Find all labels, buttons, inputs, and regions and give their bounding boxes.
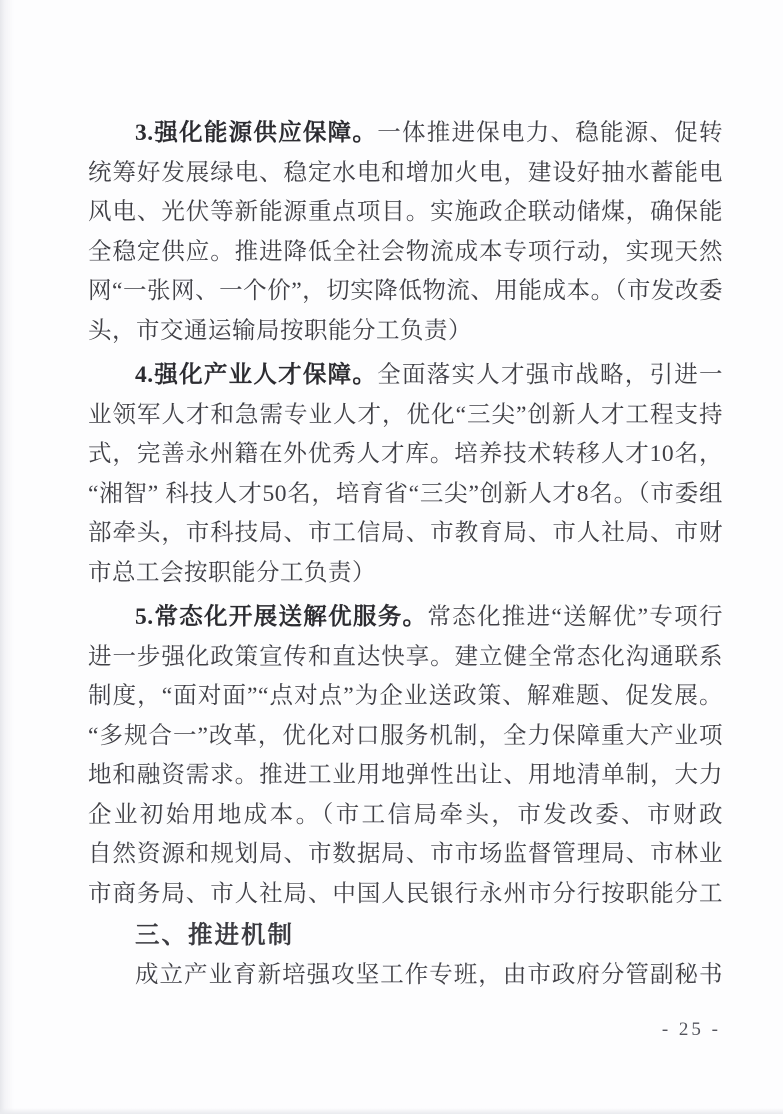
text-line: 部牵头，市科技局、市工信局、市教育局、市人社局、市财政局、	[88, 514, 723, 554]
text-line: 进一步强化政策宣传和直达快享。建立健全常态化沟通联系企业	[88, 638, 723, 678]
scan-edge-left	[0, 0, 14, 1114]
text-line: 5.常态化开展送解优服务。常态化推进“送解优”专项行动，	[88, 598, 723, 638]
paragraph-item-3: 3.强化能源供应保障。一体推进保电力、稳能源、促转型， 统筹好发展绿电、稳定水电…	[88, 114, 723, 351]
page-number: - 25 -	[662, 1019, 721, 1041]
paragraph-item-5: 5.常态化开展送解优服务。常态化推进“送解优”专项行动， 进一步强化政策宣传和直…	[88, 598, 723, 914]
text-line: 地和融资需求。推进工业用地弹性出让、用地清单制，大力降低	[88, 756, 723, 796]
text-line: 成立产业育新培强攻坚工作专班，由市政府分管副秘书长任	[88, 956, 723, 996]
text-line: “湘智” 科技人才50名，培育省“三尖”创新人才8名。（市委组织	[88, 475, 723, 515]
paragraph-lead-bold: 4.强化产业人才保障。	[135, 362, 377, 388]
text-line: 市商务局、市人社局、中国人民银行永州市分行按职能分工负责）	[88, 875, 723, 915]
text-line: 统筹好发展绿电、稳定水电和增加火电，建设好抽水蓄能电站、	[88, 154, 723, 194]
text-line: 网“一张网、一个价”，切实降低物流、用能成本。（市发改委牵	[88, 272, 723, 312]
text-line: 式，完善永州籍在外优秀人才库。培养技术转移人才10名，引进	[88, 435, 723, 475]
text-line: 业领军人才和急需专业人才，优化“三尖”创新人才工程支持方	[88, 396, 723, 436]
text-line: 市总工会按职能分工负责）	[88, 554, 723, 594]
paragraph-mechanism-intro: 成立产业育新培强攻坚工作专班，由市政府分管副秘书长任	[88, 956, 723, 996]
text-line: 企业初始用地成本。（市工信局牵头，市发改委、市财政局、市	[88, 796, 723, 836]
text-line: 3.强化能源供应保障。一体推进保电力、稳能源、促转型，	[88, 114, 723, 154]
text-line: 全稳定供应。推进降低全社会物流成本专项行动，实现天然气管	[88, 233, 723, 273]
text-line: 制度，“面对面”“点对点”为企业送政策、解难题、促发展。深化	[88, 677, 723, 717]
scanned-document-page: 3.强化能源供应保障。一体推进保电力、稳能源、促转型， 统筹好发展绿电、稳定水电…	[0, 0, 783, 1114]
document-body: 3.强化能源供应保障。一体推进保电力、稳能源、促转型， 统筹好发展绿电、稳定水电…	[88, 114, 723, 995]
text-line: 风电、光伏等新能源重点项目。实施政企联动储煤，确保能源安	[88, 193, 723, 233]
text-line: 头，市交通运输局按职能分工负责）	[88, 312, 723, 352]
text-line: 自然资源和规划局、市数据局、市市场监督管理局、市林业局、	[88, 835, 723, 875]
text-line: “多规合一”改革，优化对口服务机制，全力保障重大产业项目用	[88, 717, 723, 757]
paragraph-item-4: 4.强化产业人才保障。全面落实人才强市战略，引进一批产 业领军人才和急需专业人才…	[88, 356, 723, 593]
paragraph-lead-bold: 3.强化能源供应保障。	[135, 120, 377, 146]
paragraph-lead-bold: 5.常态化开展送解优服务。	[135, 604, 427, 630]
text-line: 4.强化产业人才保障。全面落实人才强市战略，引进一批产	[88, 356, 723, 396]
scan-edge-bottom	[0, 1108, 783, 1114]
section-heading: 三、推进机制	[88, 916, 723, 956]
